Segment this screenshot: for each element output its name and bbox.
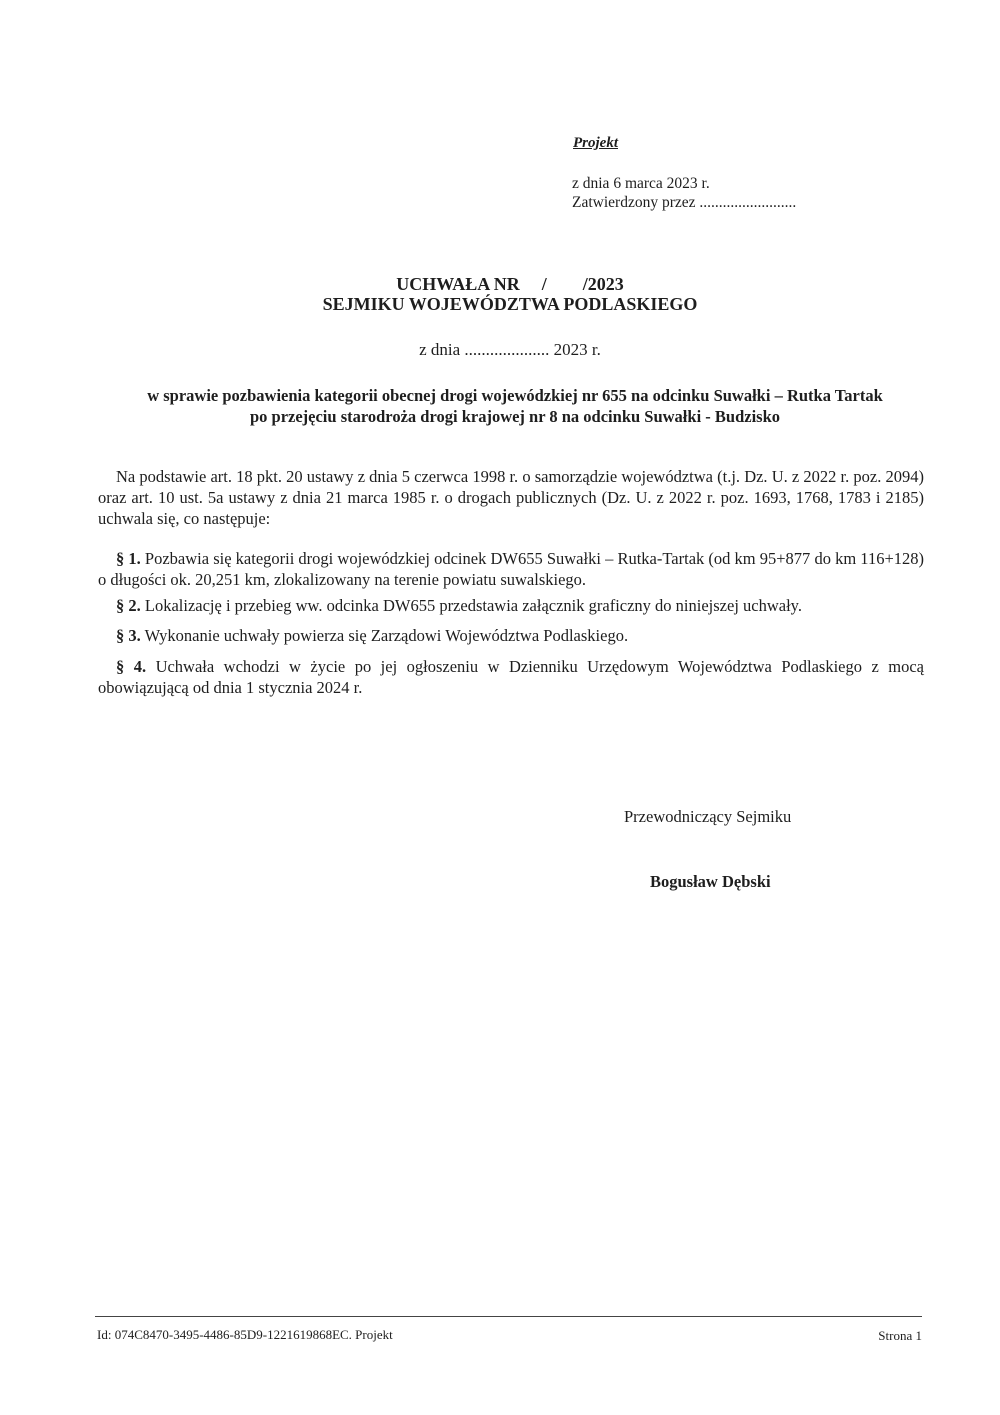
approved-by-line: Zatwierdzony przez .....................… xyxy=(572,194,796,212)
section-text: Uchwała wchodzi w życie po jej ogłoszeni… xyxy=(98,657,924,697)
section-number: § 2. xyxy=(116,596,141,615)
section-2: § 2. Lokalizację i przebieg ww. odcinka … xyxy=(98,595,924,616)
footer-divider xyxy=(95,1316,922,1317)
section-1: § 1. Pozbawia się kategorii drogi wojewó… xyxy=(98,548,924,590)
page-number: Strona 1 xyxy=(878,1328,922,1344)
signatory-title: Przewodniczący Sejmiku xyxy=(624,807,791,827)
draft-status-label: Projekt xyxy=(573,135,618,152)
resolution-number-heading: UCHWAŁA NR//2023 xyxy=(0,274,1000,295)
resolution-date: z dnia .................... 2023 r. xyxy=(0,340,1000,360)
resolution-prefix: UCHWAŁA NR xyxy=(396,274,520,294)
document-id: Id: 074C8470-3495-4486-85D9-1221619868EC… xyxy=(97,1327,393,1343)
section-text: Pozbawia się kategorii drogi wojewódzkie… xyxy=(98,549,924,589)
section-text: Wykonanie uchwały powierza się Zarządowi… xyxy=(141,626,628,645)
draft-date: z dnia 6 marca 2023 r. xyxy=(572,175,710,193)
resolution-separator: / xyxy=(542,274,547,294)
resolution-year: /2023 xyxy=(583,274,624,294)
legal-basis-paragraph: Na podstawie art. 18 pkt. 20 ustawy z dn… xyxy=(98,466,924,529)
section-text: Lokalizację i przebieg ww. odcinka DW655… xyxy=(141,596,802,615)
issuing-body-heading: SEJMIKU WOJEWÓDZTWA PODLASKIEGO xyxy=(0,294,1000,315)
section-number: § 4. xyxy=(116,657,146,676)
legal-basis-text: Na podstawie art. 18 pkt. 20 ustawy z dn… xyxy=(98,467,924,528)
section-number: § 1. xyxy=(116,549,141,568)
section-number: § 3. xyxy=(116,626,141,645)
subject-line-1: w sprawie pozbawienia kategorii obecnej … xyxy=(90,385,940,406)
subject-line-2: po przejęciu starodroża drogi krajowej n… xyxy=(90,406,940,427)
section-4: § 4. Uchwała wchodzi w życie po jej ogło… xyxy=(98,656,924,698)
section-3: § 3. Wykonanie uchwały powierza się Zarz… xyxy=(98,625,924,646)
signatory-name: Bogusław Dębski xyxy=(650,872,771,892)
